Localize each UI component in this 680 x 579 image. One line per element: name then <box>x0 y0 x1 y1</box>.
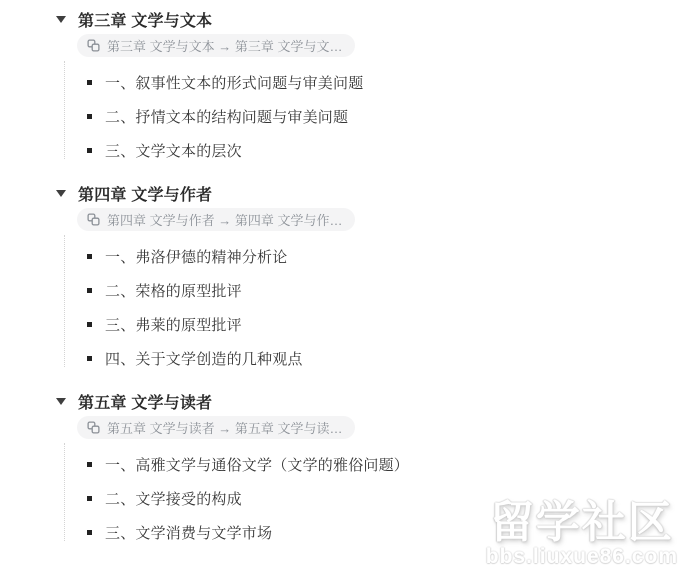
square-bullet-icon[interactable] <box>87 356 92 361</box>
item-label[interactable]: 二、抒情文本的结构问题与审美问题 <box>105 106 348 127</box>
relation-pill-label: 第三章 文学与文本 → 第三章 文学与文… <box>107 36 342 55</box>
relation-row: 第三章 文学与文本 → 第三章 文学与文… <box>77 34 616 57</box>
outline-item[interactable]: 二、抒情文本的结构问题与审美问题 <box>87 99 616 133</box>
square-bullet-icon[interactable] <box>87 80 92 85</box>
relation-row: 第五章 文学与读者 → 第五章 文学与读… <box>77 416 616 439</box>
outline-item[interactable]: 一、弗洛伊德的精神分析论 <box>87 239 616 273</box>
item-label[interactable]: 一、弗洛伊德的精神分析论 <box>105 246 287 267</box>
section-title[interactable]: 第四章 文学与作者 <box>78 182 212 205</box>
outline-section: 第五章 文学与读者 第五章 文学与读者 → 第五章 文学与读… 一、高雅文学与通… <box>56 392 616 549</box>
outline-item[interactable]: 一、叙事性文本的形式问题与审美问题 <box>87 65 616 99</box>
item-label[interactable]: 四、关于文学创造的几种观点 <box>105 348 303 369</box>
item-label[interactable]: 一、高雅文学与通俗文学（文学的雅俗问题） <box>105 454 409 475</box>
item-label[interactable]: 一、叙事性文本的形式问题与审美问题 <box>105 72 363 93</box>
outline-item[interactable]: 二、文学接受的构成 <box>87 481 616 515</box>
square-bullet-icon[interactable] <box>87 148 92 153</box>
section-title[interactable]: 第三章 文学与文本 <box>78 8 212 31</box>
square-bullet-icon[interactable] <box>87 496 92 501</box>
outline-item[interactable]: 四、关于文学创造的几种观点 <box>87 341 616 375</box>
triangle-down-icon <box>56 16 66 23</box>
relation-pill-label: 第四章 文学与作者 → 第四章 文学与作… <box>107 210 342 229</box>
relation-pill[interactable]: 第五章 文学与读者 → 第五章 文学与读… <box>77 416 355 439</box>
item-label[interactable]: 三、文学文本的层次 <box>105 140 242 161</box>
outline-item[interactable]: 三、文学消费与文学市场 <box>87 515 616 549</box>
outline: 第三章 文学与文本 第三章 文学与文本 → 第三章 文学与文… 一、叙事性文本的… <box>56 10 616 566</box>
outline-section: 第四章 文学与作者 第四章 文学与作者 → 第四章 文学与作… 一、弗洛伊德的精… <box>56 184 616 375</box>
collapse-toggle[interactable] <box>56 16 78 23</box>
square-bullet-icon[interactable] <box>87 254 92 259</box>
section-header: 第四章 文学与作者 <box>56 184 616 202</box>
item-label[interactable]: 三、文学消费与文学市场 <box>105 522 272 543</box>
section-children: 一、弗洛伊德的精神分析论 二、荣格的原型批评 三、弗莱的原型批评 四、关于文学创… <box>64 239 616 375</box>
item-label[interactable]: 二、荣格的原型批评 <box>105 280 242 301</box>
square-bullet-icon[interactable] <box>87 288 92 293</box>
link-icon <box>87 213 100 226</box>
collapse-toggle[interactable] <box>56 398 78 405</box>
section-title[interactable]: 第五章 文学与读者 <box>78 390 212 413</box>
link-icon <box>87 39 100 52</box>
relation-row: 第四章 文学与作者 → 第四章 文学与作… <box>77 208 616 231</box>
link-icon <box>87 421 100 434</box>
outline-section: 第三章 文学与文本 第三章 文学与文本 → 第三章 文学与文… 一、叙事性文本的… <box>56 10 616 167</box>
section-header: 第五章 文学与读者 <box>56 392 616 410</box>
outline-item[interactable]: 三、弗莱的原型批评 <box>87 307 616 341</box>
relation-pill-label: 第五章 文学与读者 → 第五章 文学与读… <box>107 418 342 437</box>
outline-item[interactable]: 一、高雅文学与通俗文学（文学的雅俗问题） <box>87 447 616 481</box>
outline-item[interactable]: 二、荣格的原型批评 <box>87 273 616 307</box>
square-bullet-icon[interactable] <box>87 322 92 327</box>
item-label[interactable]: 三、弗莱的原型批评 <box>105 314 242 335</box>
section-children: 一、叙事性文本的形式问题与审美问题 二、抒情文本的结构问题与审美问题 三、文学文… <box>64 65 616 167</box>
relation-pill[interactable]: 第四章 文学与作者 → 第四章 文学与作… <box>77 208 355 231</box>
collapse-toggle[interactable] <box>56 190 78 197</box>
square-bullet-icon[interactable] <box>87 530 92 535</box>
triangle-down-icon <box>56 398 66 405</box>
item-label[interactable]: 二、文学接受的构成 <box>105 488 242 509</box>
section-header: 第三章 文学与文本 <box>56 10 616 28</box>
triangle-down-icon <box>56 190 66 197</box>
outline-item[interactable]: 三、文学文本的层次 <box>87 133 616 167</box>
square-bullet-icon[interactable] <box>87 114 92 119</box>
section-children: 一、高雅文学与通俗文学（文学的雅俗问题） 二、文学接受的构成 三、文学消费与文学… <box>64 447 616 549</box>
square-bullet-icon[interactable] <box>87 462 92 467</box>
relation-pill[interactable]: 第三章 文学与文本 → 第三章 文学与文… <box>77 34 355 57</box>
